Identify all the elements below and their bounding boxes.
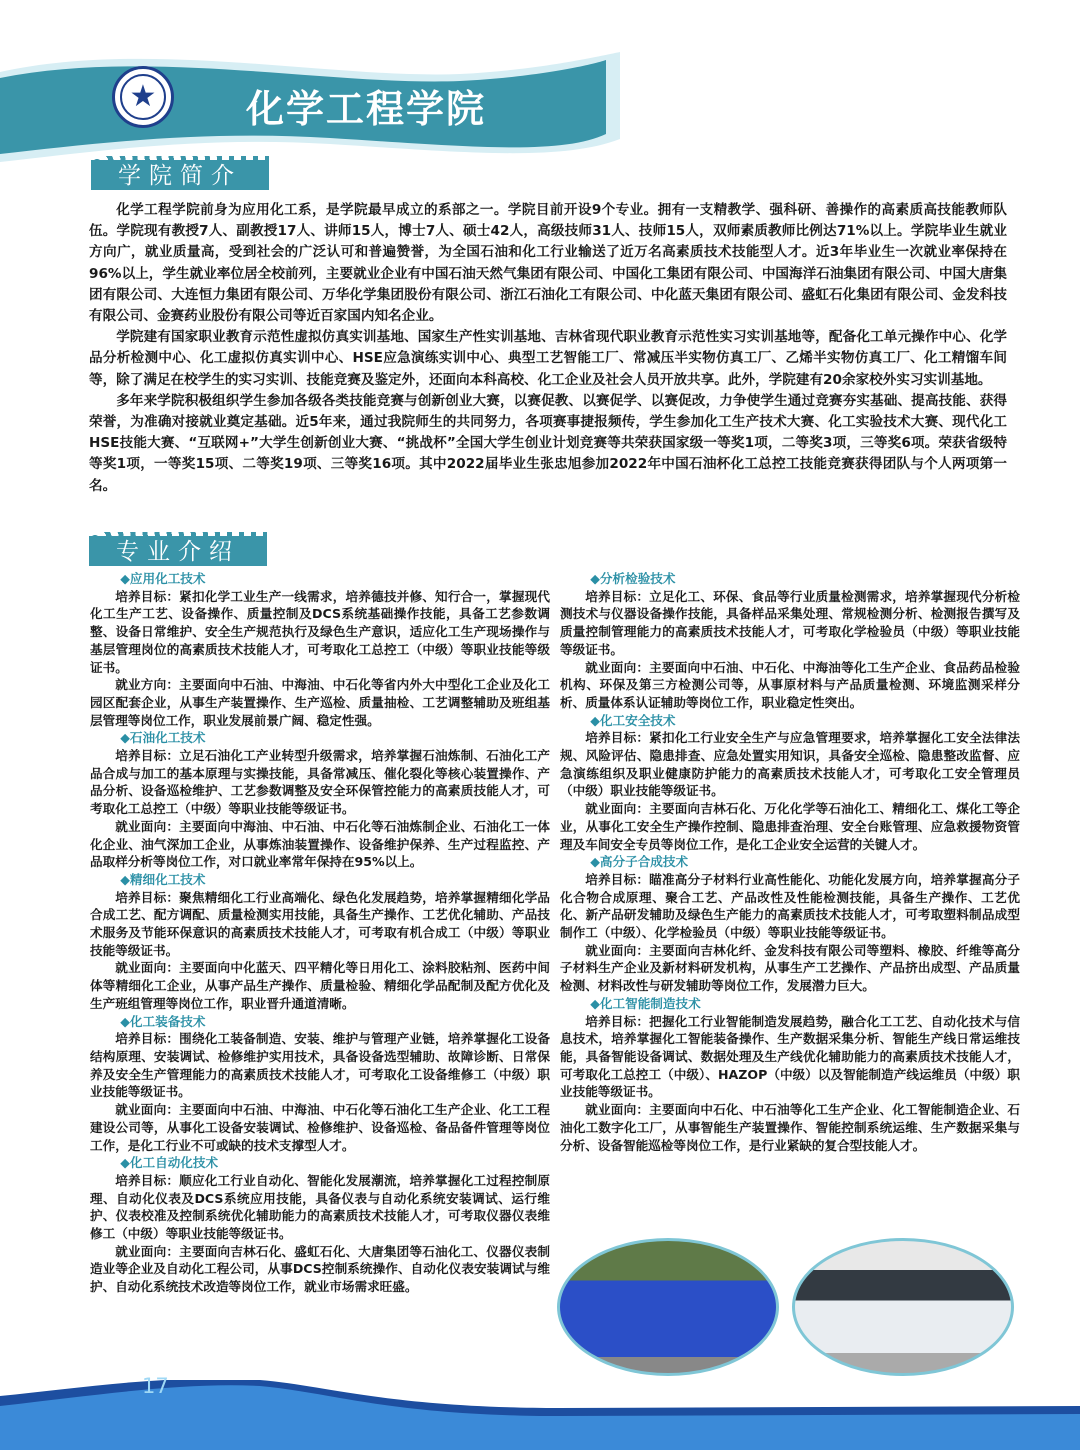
major-item: ◆精细化工技术 培养目标：聚焦精细化工行业高端化、绿色化发展趋势，培养掌握精细化… [90, 871, 550, 1013]
major-job: 就业面向：主要面向中化蓝天、四平精化等日用化工、涂料胶粘剂、医药中间体等精细化工… [90, 959, 550, 1012]
major-title: ◆分析检验技术 [560, 570, 1020, 588]
major-job: 就业面向：主要面向吉林化纤、金发科技有限公司等塑料、橡胶、纤维等高分子材料生产企… [560, 942, 1020, 995]
major-title: ◆高分子合成技术 [560, 853, 1020, 871]
major-goal: 培养目标：围绕化工装备制造、安装、维护与管理产业链，培养掌握化工设备结构原理、安… [90, 1030, 550, 1101]
major-goal: 培养目标：聚焦精细化工行业高端化、绿色化发展趋势，培养掌握精细化学品合成工艺、配… [90, 889, 550, 960]
major-goal: 培养目标：立足化工、环保、食品等行业质量检测需求，培养掌握现代分析检测技术与仪器… [560, 588, 1020, 659]
major-goal: 培养目标：立足石油化工产业转型升级需求，培养掌握石油炼制、石油化工产品合成与加工… [90, 747, 550, 818]
major-job: 就业面向：主要面向中海油、中石油、中石化等石油炼制企业、石油化工一体化企业、油气… [90, 818, 550, 871]
major-job: 就业面向：主要面向中石油、中海油、中石化等石油化工生产企业、化工工程建设公司等，… [90, 1101, 550, 1154]
major-item: ◆石油化工技术 培养目标：立足石油化工产业转型升级需求，培养掌握石油炼制、石油化… [90, 729, 550, 871]
major-item: ◆应用化工技术 培养目标：紧扣化学工业生产一线需求，培养德技并修、知行合一，掌握… [90, 570, 550, 729]
major-item: ◆化工装备技术 培养目标：围绕化工装备制造、安装、维护与管理产业链，培养掌握化工… [90, 1013, 550, 1155]
major-goal: 培养目标：把握化工行业智能制造发展趋势，融合化工工艺、自动化技术与信息技术，培养… [560, 1013, 1020, 1102]
major-title: ◆化工自动化技术 [90, 1154, 550, 1172]
major-job: 就业方向：主要面向中石油、中海油、中石化等省内外大中型化工企业及化工园区配套企业… [90, 676, 550, 729]
group-photo-white-coats [792, 1238, 1014, 1376]
major-item: ◆化工智能制造技术 培养目标：把握化工行业智能制造发展趋势，融合化工工艺、自动化… [560, 995, 1020, 1154]
major-goal: 培养目标：瞄准高分子材料行业高性能化、功能化发展方向，培养掌握高分子化合物合成原… [560, 871, 1020, 942]
major-title: ◆化工装备技术 [90, 1013, 550, 1031]
major-job: 就业面向：主要面向中石油、中石化、中海油等化工生产企业、食品药品检验机构、环保及… [560, 659, 1020, 712]
star-icon: ★ [120, 74, 166, 120]
major-title: ◆应用化工技术 [90, 570, 550, 588]
major-goal: 培养目标：紧扣化学工业生产一线需求，培养德技并修、知行合一，掌握现代化工生产工艺… [90, 588, 550, 677]
major-item: ◆化工安全技术 培养目标：紧扣化工行业安全生产与应急管理要求，培养掌握化工安全法… [560, 712, 1020, 854]
majors-left-column: ◆应用化工技术 培养目标：紧扣化学工业生产一线需求，培养德技并修、知行合一，掌握… [90, 570, 550, 1296]
intro-paragraph: 学院建有国家职业教育示范性虚拟仿真实训基地、国家生产性实训基地、吉林省现代职业教… [89, 327, 1007, 391]
major-item: ◆化工自动化技术 培养目标：顺应化工行业自动化、智能化发展潮流，培养掌握化工过程… [90, 1154, 550, 1296]
intro-text: 化学工程学院前身为应用化工系，是学院最早成立的系部之一。学院目前开设9个专业。拥… [89, 200, 1007, 497]
major-title: ◆石油化工技术 [90, 729, 550, 747]
major-item: ◆高分子合成技术 培养目标：瞄准高分子材料行业高性能化、功能化发展方向，培养掌握… [560, 853, 1020, 995]
major-goal: 培养目标：顺应化工行业自动化、智能化发展潮流，培养掌握化工过程控制原理、自动化仪… [90, 1172, 550, 1243]
photo-gallery [557, 1238, 1017, 1388]
school-emblem-icon: ★ [112, 66, 174, 128]
major-title: ◆化工智能制造技术 [560, 995, 1020, 1013]
major-item: ◆分析检验技术 培养目标：立足化工、环保、食品等行业质量检测需求，培养掌握现代分… [560, 570, 1020, 712]
major-title: ◆化工安全技术 [560, 712, 1020, 730]
page-number: 17 [142, 1374, 169, 1398]
page-title: 化学工程学院 [246, 78, 486, 133]
major-title: ◆精细化工技术 [90, 871, 550, 889]
section-heading-majors: 专业介绍 [89, 536, 267, 566]
major-job: 就业面向：主要面向中石化、中石油等化工生产企业、化工智能制造企业、石油化工数字化… [560, 1101, 1020, 1154]
major-job: 就业面向：主要面向吉林石化、盛虹石化、大唐集团等石油化工、仪器仪表制造业等企业及… [90, 1243, 550, 1296]
major-goal: 培养目标：紧扣化工行业安全生产与应急管理要求，培养掌握化工安全法律法规、风险评估… [560, 729, 1020, 800]
major-job: 就业面向：主要面向吉林石化、万化化学等石油化工、精细化工、煤化工等企业，从事化工… [560, 800, 1020, 853]
section-heading-intro: 学院简介 [91, 160, 269, 190]
group-photo-blue-uniforms [557, 1238, 779, 1376]
intro-paragraph: 化学工程学院前身为应用化工系，是学院最早成立的系部之一。学院目前开设9个专业。拥… [89, 200, 1007, 327]
majors-right-column: ◆分析检验技术 培养目标：立足化工、环保、食品等行业质量检测需求，培养掌握现代分… [560, 570, 1020, 1154]
intro-paragraph: 多年来学院积极组织学生参加各级各类技能竞赛与创新创业大赛，以赛促教、以赛促学、以… [89, 391, 1007, 497]
